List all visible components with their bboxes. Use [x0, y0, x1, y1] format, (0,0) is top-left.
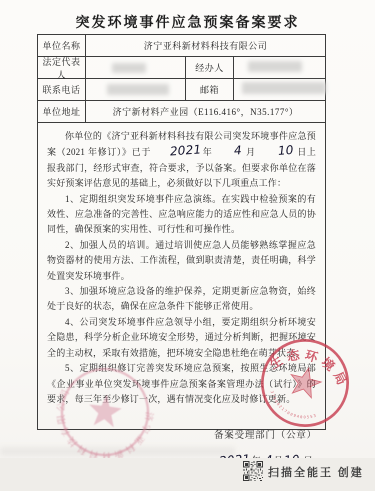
requirement-item-5: 5、定期组织修订完善突发环境应急预案，按照生态环境局部《企业事业单位突发环境事件… — [47, 361, 316, 407]
day-unit: 日 — [297, 147, 307, 157]
scan-shadow — [0, 447, 235, 456]
requirement-item-2: 2、加强人员的培训。通过培训使应急人员能够熟练掌握应急物资器材的使用方法、工作流… — [47, 238, 316, 284]
address-label: 单位地址 — [38, 101, 86, 123]
unit-name-value: 济宁亚科新材料科技有限公司 — [86, 35, 325, 57]
phone-value-redacted — [86, 79, 186, 101]
email-label: 邮箱 — [186, 79, 234, 101]
redaction-blur — [248, 61, 302, 72]
requirement-item-3: 3、加强环境应急设备的维护保养，定期更新应急物资，始终处于良好的状态，确保在应急… — [47, 284, 316, 315]
agent-value-redacted — [234, 57, 325, 79]
requirement-item-1: 1、定期组织突发环境事件应急演练。在实践中检验预案的有效性、应急准备的完善性、应… — [47, 192, 316, 238]
redaction-blur — [112, 63, 146, 73]
acceptance-department-label: 备案受理部门（公章） — [214, 429, 317, 443]
year-unit: 年 — [202, 147, 212, 157]
handwritten-month: 4 — [215, 143, 244, 160]
filing-form-table: 单位名称 济宁亚科新材料科技有限公司 法定代表人 经办人 联系电话 邮箱 单位地… — [37, 34, 326, 430]
email-value-redacted — [234, 79, 325, 101]
legal-rep-value-redacted — [86, 57, 186, 79]
redaction-blur — [242, 82, 326, 94]
handwritten-year: 2021 — [151, 143, 203, 162]
scanner-app-label: 扫描全能王 创建 — [268, 464, 364, 480]
address-value: 济宁新材料产业园（E116.416°，N35.177°） — [86, 101, 325, 123]
scanned-document-page: { "page": { "title": "突发环境事件应急预案备案要求" },… — [0, 0, 375, 491]
month-unit: 月 — [246, 147, 256, 157]
phone-label: 联系电话 — [38, 79, 86, 101]
legal-rep-label: 法定代表人 — [38, 57, 86, 79]
redaction-blur — [107, 84, 169, 95]
document-title: 突发环境事件应急预案备案要求 — [0, 12, 375, 32]
handwritten-day: 10 — [258, 143, 295, 161]
filing-requirements-text: 你单位的《济宁亚科新材料科技有限公司突发环境事件应急预案（2021 年修订）》已… — [38, 123, 325, 431]
agent-label: 经办人 — [186, 57, 234, 79]
qr-code-icon — [243, 461, 263, 481]
paragraph-intro: 你单位的《济宁亚科新材料科技有限公司突发环境事件应急预案（2021 年修订）》已… — [47, 129, 316, 192]
requirement-item-4: 4、公司突发环境事件应急领导小组，要定期组织分析环境安全隐患，科学分析企业环境安… — [47, 315, 316, 361]
form-header-rows: 单位名称 济宁亚科新材料科技有限公司 法定代表人 经办人 联系电话 邮箱 单位地… — [38, 35, 325, 123]
